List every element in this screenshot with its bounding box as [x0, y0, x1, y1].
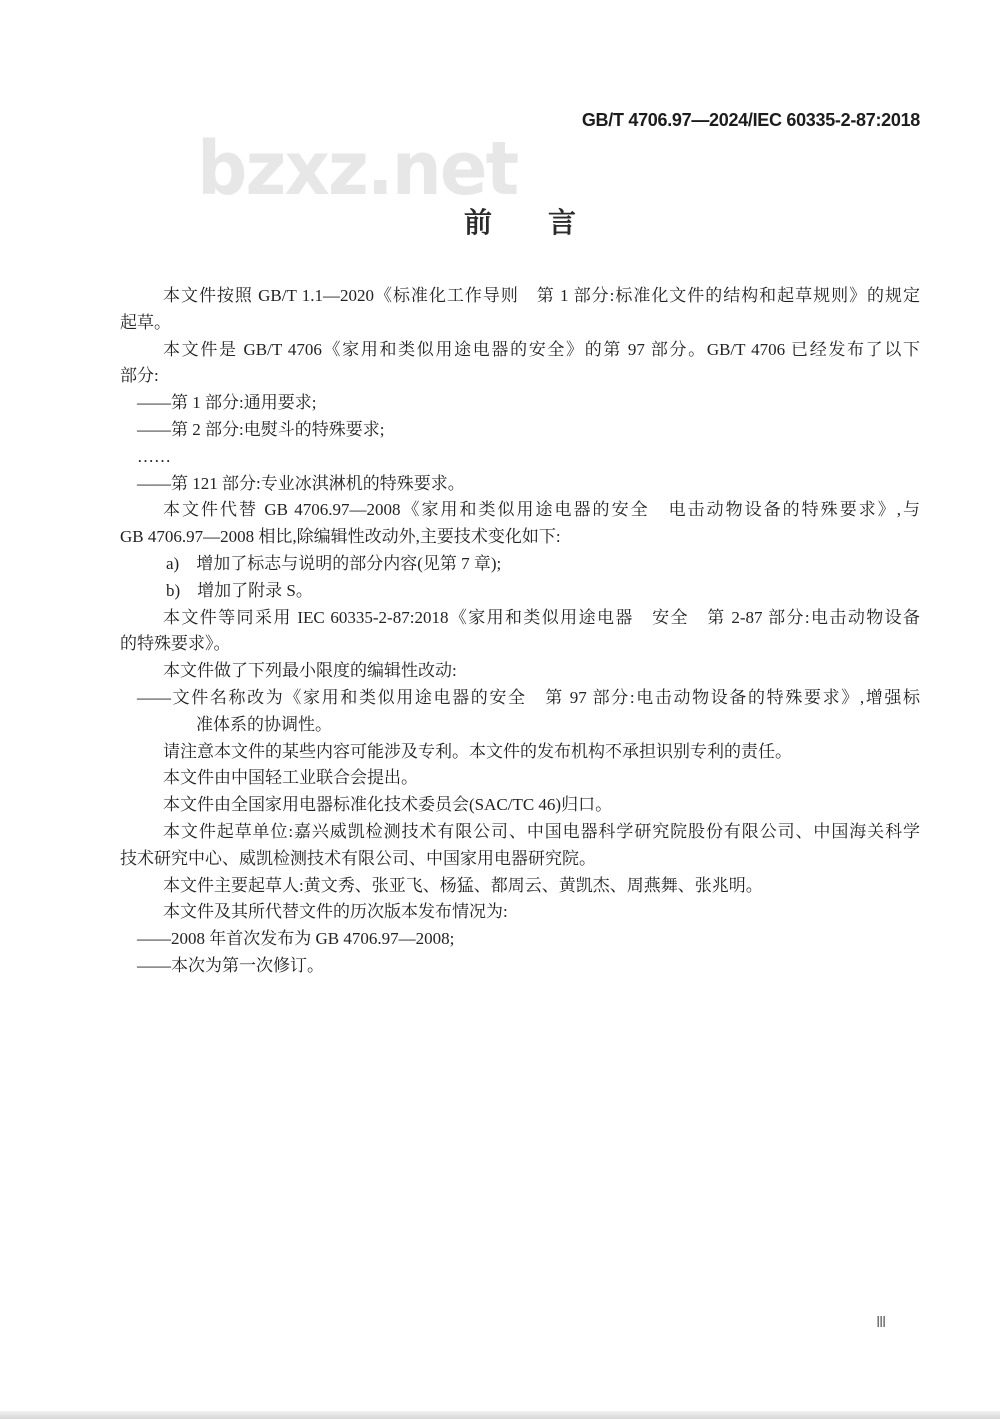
- body-line: 本文件及其所代替文件的历次版本发布情况为:: [120, 899, 920, 926]
- body-line: 本文件主要起草人:黄文秀、张亚飞、杨猛、都周云、黄凯杰、周燕舞、张兆明。: [120, 873, 920, 900]
- body-line: 本文件起草单位:嘉兴威凯检测技术有限公司、中国电器科学研究院股份有限公司、中国海…: [120, 819, 920, 846]
- body-line: ——本次为第一次修订。: [120, 953, 920, 980]
- body-line: 本文件由中国轻工业联合会提出。: [120, 765, 920, 792]
- body-line: GB 4706.97—2008 相比,除编辑性改动外,主要技术变化如下:: [120, 524, 920, 551]
- body-line: a) 增加了标志与说明的部分内容(见第 7 章);: [120, 551, 920, 578]
- body-line: 本文件做了下列最小限度的编辑性改动:: [120, 658, 920, 685]
- body-line: ——第 2 部分:电熨斗的特殊要求;: [120, 417, 920, 444]
- body-line: 起草。: [120, 310, 920, 337]
- body-line: 本文件按照 GB/T 1.1—2020《标准化工作导则 第 1 部分:标准化文件…: [120, 283, 920, 310]
- body-line: ——2008 年首次发布为 GB 4706.97—2008;: [120, 926, 920, 953]
- page-title: 前 言: [120, 201, 920, 241]
- body-line: b) 增加了附录 S。: [120, 578, 920, 605]
- body-line: 请注意本文件的某些内容可能涉及专利。本文件的发布机构不承担识别专利的责任。: [120, 739, 920, 766]
- page-bottom-edge: [0, 1411, 1000, 1419]
- body-line: 本文件由全国家用电器标准化技术委员会(SAC/TC 46)归口。: [120, 792, 920, 819]
- body-line: 本文件等同采用 IEC 60335-2-87:2018《家用和类似用途电器 安全…: [120, 605, 920, 632]
- body-line: 准体系的协调性。: [120, 712, 920, 739]
- standard-code: GB/T 4706.97—2024/IEC 60335-2-87:2018: [582, 110, 920, 131]
- body-line: ——第 1 部分:通用要求;: [120, 390, 920, 417]
- body-line: 的特殊要求》。: [120, 631, 920, 658]
- body-line: 技术研究中心、威凯检测技术有限公司、中国家用电器研究院。: [120, 846, 920, 873]
- body-line: ——第 121 部分:专业冰淇淋机的特殊要求。: [120, 471, 920, 498]
- foreword-body: 本文件按照 GB/T 1.1—2020《标准化工作导则 第 1 部分:标准化文件…: [120, 283, 920, 980]
- body-line: 本文件是 GB/T 4706《家用和类似用途电器的安全》的第 97 部分。GB/…: [120, 337, 920, 364]
- body-line: 部分:: [120, 363, 920, 390]
- body-line: ……: [120, 444, 920, 471]
- body-line: 本文件代替 GB 4706.97—2008《家用和类似用途电器的安全 电击动物设…: [120, 497, 920, 524]
- page-number: Ⅲ: [876, 1313, 886, 1332]
- body-line: ——文件名称改为《家用和类似用途电器的安全 第 97 部分:电击动物设备的特殊要…: [120, 685, 920, 712]
- document-page: bzxz.net GB/T 4706.97—2024/IEC 60335-2-8…: [0, 0, 1000, 1419]
- watermark: bzxz.net: [197, 126, 517, 212]
